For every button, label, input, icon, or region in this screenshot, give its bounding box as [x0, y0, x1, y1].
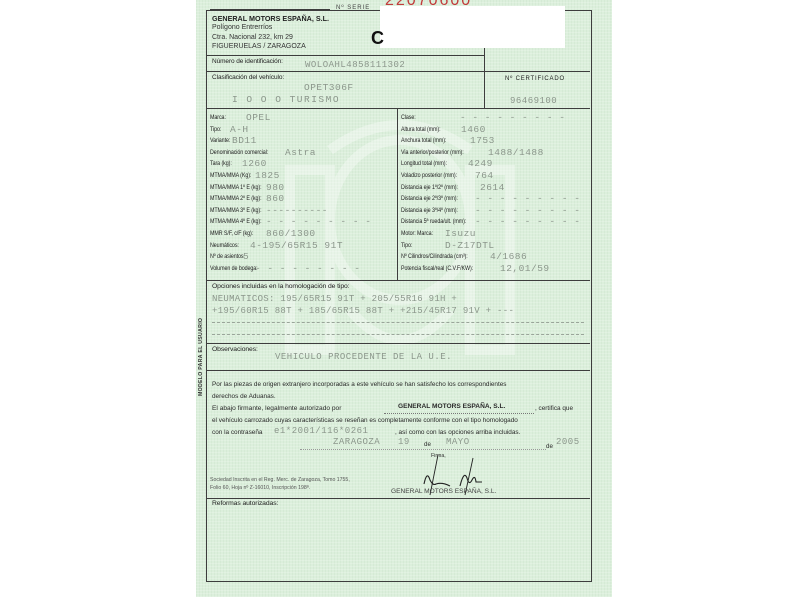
registry-line-1: Sociedad Inscrita en el Reg. Merc. de Za…	[210, 477, 350, 483]
signature-company: GENERAL MOTORS ESPAÑA, S.L.	[391, 488, 496, 495]
options-top-divider	[206, 280, 590, 281]
date-de-1: de	[424, 441, 431, 448]
month-value: MAYO	[446, 437, 470, 447]
field-value: 1460	[461, 124, 486, 135]
classification-label: Clasificación del vehículo:	[212, 74, 284, 81]
signer-suffix: , certifica que	[535, 405, 573, 412]
field-label: Voladizo posterior (mm):	[401, 172, 457, 179]
field-label: Longitud total (mm):	[401, 160, 447, 167]
field-value: - - - - - - - - -	[266, 216, 371, 227]
password-value: e1*2001/116*0261	[274, 426, 368, 436]
options-line-1: NEUMATICOS: 195/65R15 91T + 205/55R16 91…	[212, 294, 457, 304]
field-value: - - - - - - - - -	[475, 216, 580, 227]
field-value: - - - - - - - - -	[475, 205, 580, 216]
field-label: Clase:	[401, 114, 416, 121]
field-value: D-Z17DTL	[445, 240, 495, 251]
field-value: Isuzu	[445, 228, 476, 239]
field-label: Marca:	[210, 114, 226, 121]
day-value: 19	[398, 437, 410, 447]
manufacturer-address-3: FIGUERUELAS / ZARAGOZA	[212, 43, 306, 50]
redaction-glyph: C	[371, 28, 384, 49]
options-line-2: +195/60R15 88T + 185/65R15 88T + +215/45…	[212, 306, 514, 316]
field-label: Motor: Marca:	[401, 230, 433, 237]
header-right-divider	[484, 48, 485, 108]
field-value: 4-195/65R15 91T	[250, 240, 343, 251]
field-label: MTMA/MMA 4º E (kg):	[210, 218, 261, 225]
field-label: Potencia fiscal/real (C.V.F/KW):	[401, 265, 473, 272]
manufacturer-address-1: Polígono Entrerríos	[212, 24, 272, 31]
manufacturer-address-2: Ctra. Nacional 232, km 29	[212, 34, 293, 41]
field-label: Tipo:	[210, 126, 221, 133]
field-label: Via anterior/posterior (mm):	[401, 149, 464, 156]
year-value: 2005	[556, 437, 580, 447]
field-value: 860	[266, 193, 285, 204]
field-value: 1488/1488	[488, 147, 544, 158]
certificate-value: 96469100	[510, 96, 557, 106]
field-label: MTMA/MMA 3º E (kg):	[210, 207, 261, 214]
field-label: Distancia 5ª rueda/ult. (mm):	[401, 218, 466, 225]
fields-column-divider	[397, 108, 398, 280]
field-label: MTMA/MMA (Kg):	[210, 172, 251, 179]
field-label: Neumáticos:	[210, 242, 239, 249]
customs-text-2: derechos de Aduanas.	[212, 393, 276, 400]
field-value: OPEL	[246, 112, 271, 123]
options-label: Opciones incluidas en la homologación de…	[212, 283, 349, 290]
password-suffix: , así como con las opciones arriba inclu…	[395, 429, 520, 436]
certificate-label: Nº CERTIFICADO	[505, 76, 565, 82]
reforms-label: Reformas autorizadas:	[212, 500, 278, 507]
field-label: Anchura total (mm):	[401, 137, 446, 144]
options-blank-line-2	[212, 334, 584, 335]
header-divider	[206, 55, 484, 56]
field-value: ----------	[266, 205, 328, 216]
identification-label: Número de identificación:	[212, 58, 283, 65]
signer-prefix: El abajo firmante, legalmente autorizado…	[212, 405, 341, 412]
field-label: Distancia eje 3º/4º (mm):	[401, 207, 458, 214]
field-label: MMR S/F, c/F (kg):	[210, 230, 253, 237]
field-label: Distancia eje 2º/3º (mm):	[401, 195, 458, 202]
field-label: Nº de asientos:	[210, 253, 245, 260]
conformity-text: el vehículo carrozado cuyas característi…	[212, 417, 518, 424]
field-value: BD11	[232, 135, 257, 146]
id-divider	[206, 71, 590, 72]
field-value: 1260	[242, 158, 267, 169]
options-blank-line-1	[212, 322, 584, 323]
side-usage-text: MODELO PARA EL USUARIO	[198, 292, 208, 422]
field-value: 5	[243, 251, 249, 262]
field-value: 4/1686	[490, 251, 527, 262]
field-value: A-H	[230, 124, 249, 135]
field-label: Volumen de bodega:	[210, 265, 258, 272]
certification-top-divider	[206, 370, 590, 371]
redacted-region	[380, 6, 565, 48]
observations-label: Observaciones:	[212, 346, 258, 353]
place-value: ZARAGOZA	[333, 437, 380, 447]
field-value: 4249	[468, 158, 493, 169]
field-value: 764	[475, 170, 494, 181]
field-value: Astra	[285, 147, 316, 158]
field-value: 860/1300	[266, 228, 316, 239]
field-label: Distancia eje 1º/2º (mm):	[401, 184, 458, 191]
field-value: 2614	[480, 182, 505, 193]
registry-line-2: Folio 60, Hoja nº Z-16010, Inscripción 1…	[210, 485, 310, 491]
field-value: 980	[266, 182, 285, 193]
observations-top-divider	[206, 343, 590, 344]
field-label: Variante:	[210, 137, 230, 144]
classification-line-1: OPET306F	[304, 82, 354, 93]
signer-company-underline	[384, 413, 534, 414]
password-prefix: con la contraseña	[212, 429, 262, 436]
field-label: MTMA/MMA 2º E (kg):	[210, 195, 261, 202]
field-label: Altura total (mm):	[401, 126, 441, 133]
fields-top-divider	[206, 108, 590, 109]
field-value: - - - - - - - - -	[475, 193, 580, 204]
reforms-top-divider	[206, 498, 590, 499]
field-value: - - - - - - - - -	[255, 263, 360, 274]
field-value: 12,01/59	[500, 263, 550, 274]
field-label: Denominación comercial:	[210, 149, 268, 156]
observations-value: VEHICULO PROCEDENTE DE LA U.E.	[275, 352, 452, 362]
customs-text-1: Por las piezas de origen extranjero inco…	[212, 381, 507, 388]
field-value: - - - - - - - - -	[460, 112, 565, 123]
field-value: 1753	[470, 135, 495, 146]
field-label: Tara (kg):	[210, 160, 232, 167]
signer-company: GENERAL MOTORS ESPAÑA, S.L.	[398, 403, 505, 410]
date-de-2: de	[546, 443, 553, 450]
field-value: 1825	[255, 170, 280, 181]
classification-line-2: I O O O TURISMO	[232, 94, 340, 105]
manufacturer-name: GENERAL MOTORS ESPAÑA, S.L.	[212, 14, 329, 23]
identification-value: WOLOAHL4858111302	[305, 60, 405, 70]
field-label: MTMA/MMA 1º E (kg):	[210, 184, 261, 191]
field-label: Nº Cilindros/Cilindrada (cm³):	[401, 253, 468, 260]
field-label: Tipo:	[401, 242, 412, 249]
